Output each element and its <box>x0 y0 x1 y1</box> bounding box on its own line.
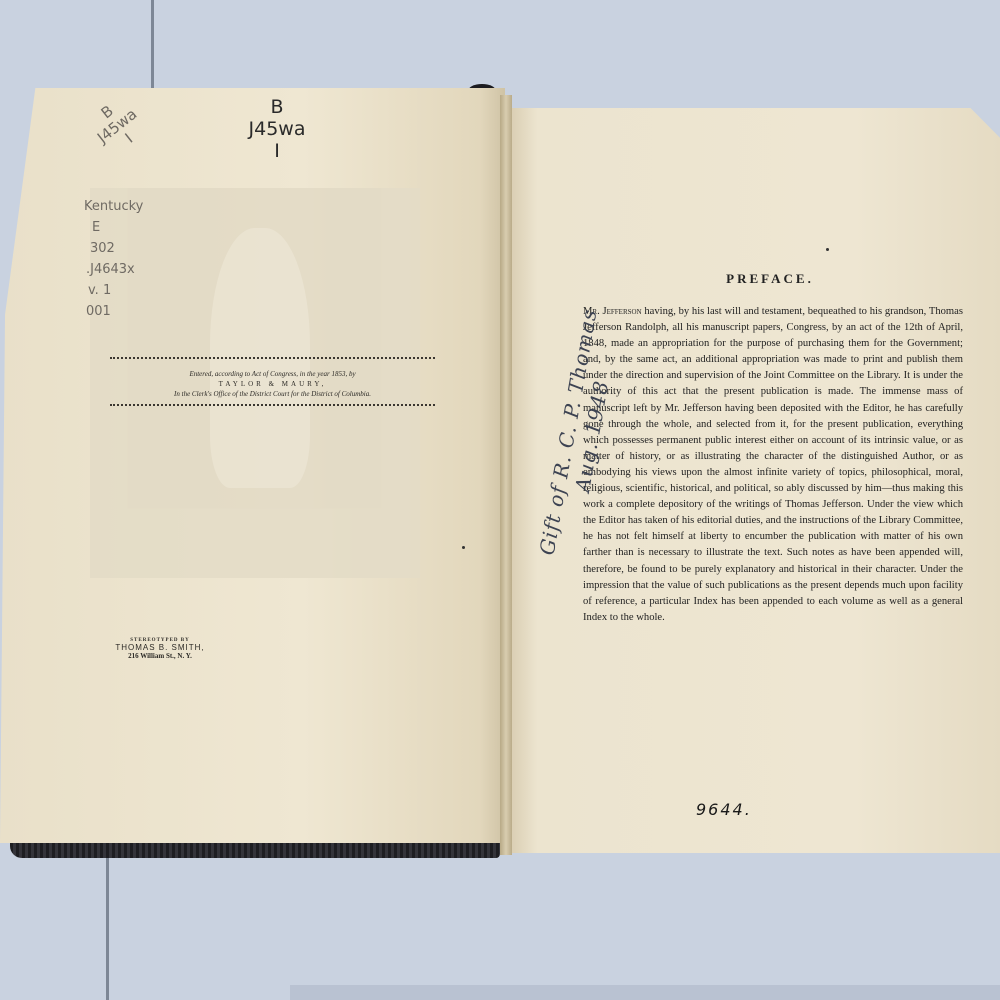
copyright-publisher: TAYLOR & MAURY, <box>110 380 435 388</box>
ornamental-rule <box>110 404 435 410</box>
accession-number: 9644. <box>696 800 752 819</box>
copyright-line: In the Clerk's Office of the District Co… <box>110 390 435 398</box>
shelf-mark-line: .J4643x <box>84 259 143 280</box>
copyright-notice: Entered, according to Act of Congress, i… <box>110 357 435 410</box>
table-edge <box>290 985 1000 1000</box>
location-shelf-mark: Kentucky E 302 .J4643x v. 1 001 <box>84 196 143 322</box>
printer-imprint: STEREOTYPED BY THOMAS B. SMITH, 216 Will… <box>100 638 220 660</box>
ornamental-rule <box>110 357 435 363</box>
shelf-mark-line: Kentucky <box>84 196 143 217</box>
shelf-mark-line: E <box>84 217 143 238</box>
shelf-mark-line: 001 <box>84 301 143 322</box>
table-seam <box>151 0 154 92</box>
paper-speck <box>462 546 465 549</box>
page-title: PREFACE. <box>570 271 970 287</box>
call-number-ink: B J45wa I <box>232 96 322 162</box>
copyright-line: Entered, according to Act of Congress, i… <box>110 370 435 378</box>
call-number-line: B <box>232 96 322 118</box>
book-gutter <box>500 95 512 855</box>
imprint-name: THOMAS B. SMITH, <box>100 643 220 652</box>
shelf-mark-line: v. 1 <box>84 280 143 301</box>
shelf-mark-line: 302 <box>84 238 143 259</box>
imprint-address: 216 William St., N. Y. <box>100 652 220 660</box>
call-number-line: I <box>232 140 322 162</box>
call-number-line: J45wa <box>232 118 322 140</box>
table-seam <box>106 855 109 1000</box>
preface-text: Mr. Jefferson having, by his last will a… <box>583 304 963 626</box>
paper-speck <box>826 248 829 251</box>
preface-paragraph: having, by his last will and testament, … <box>583 306 963 623</box>
